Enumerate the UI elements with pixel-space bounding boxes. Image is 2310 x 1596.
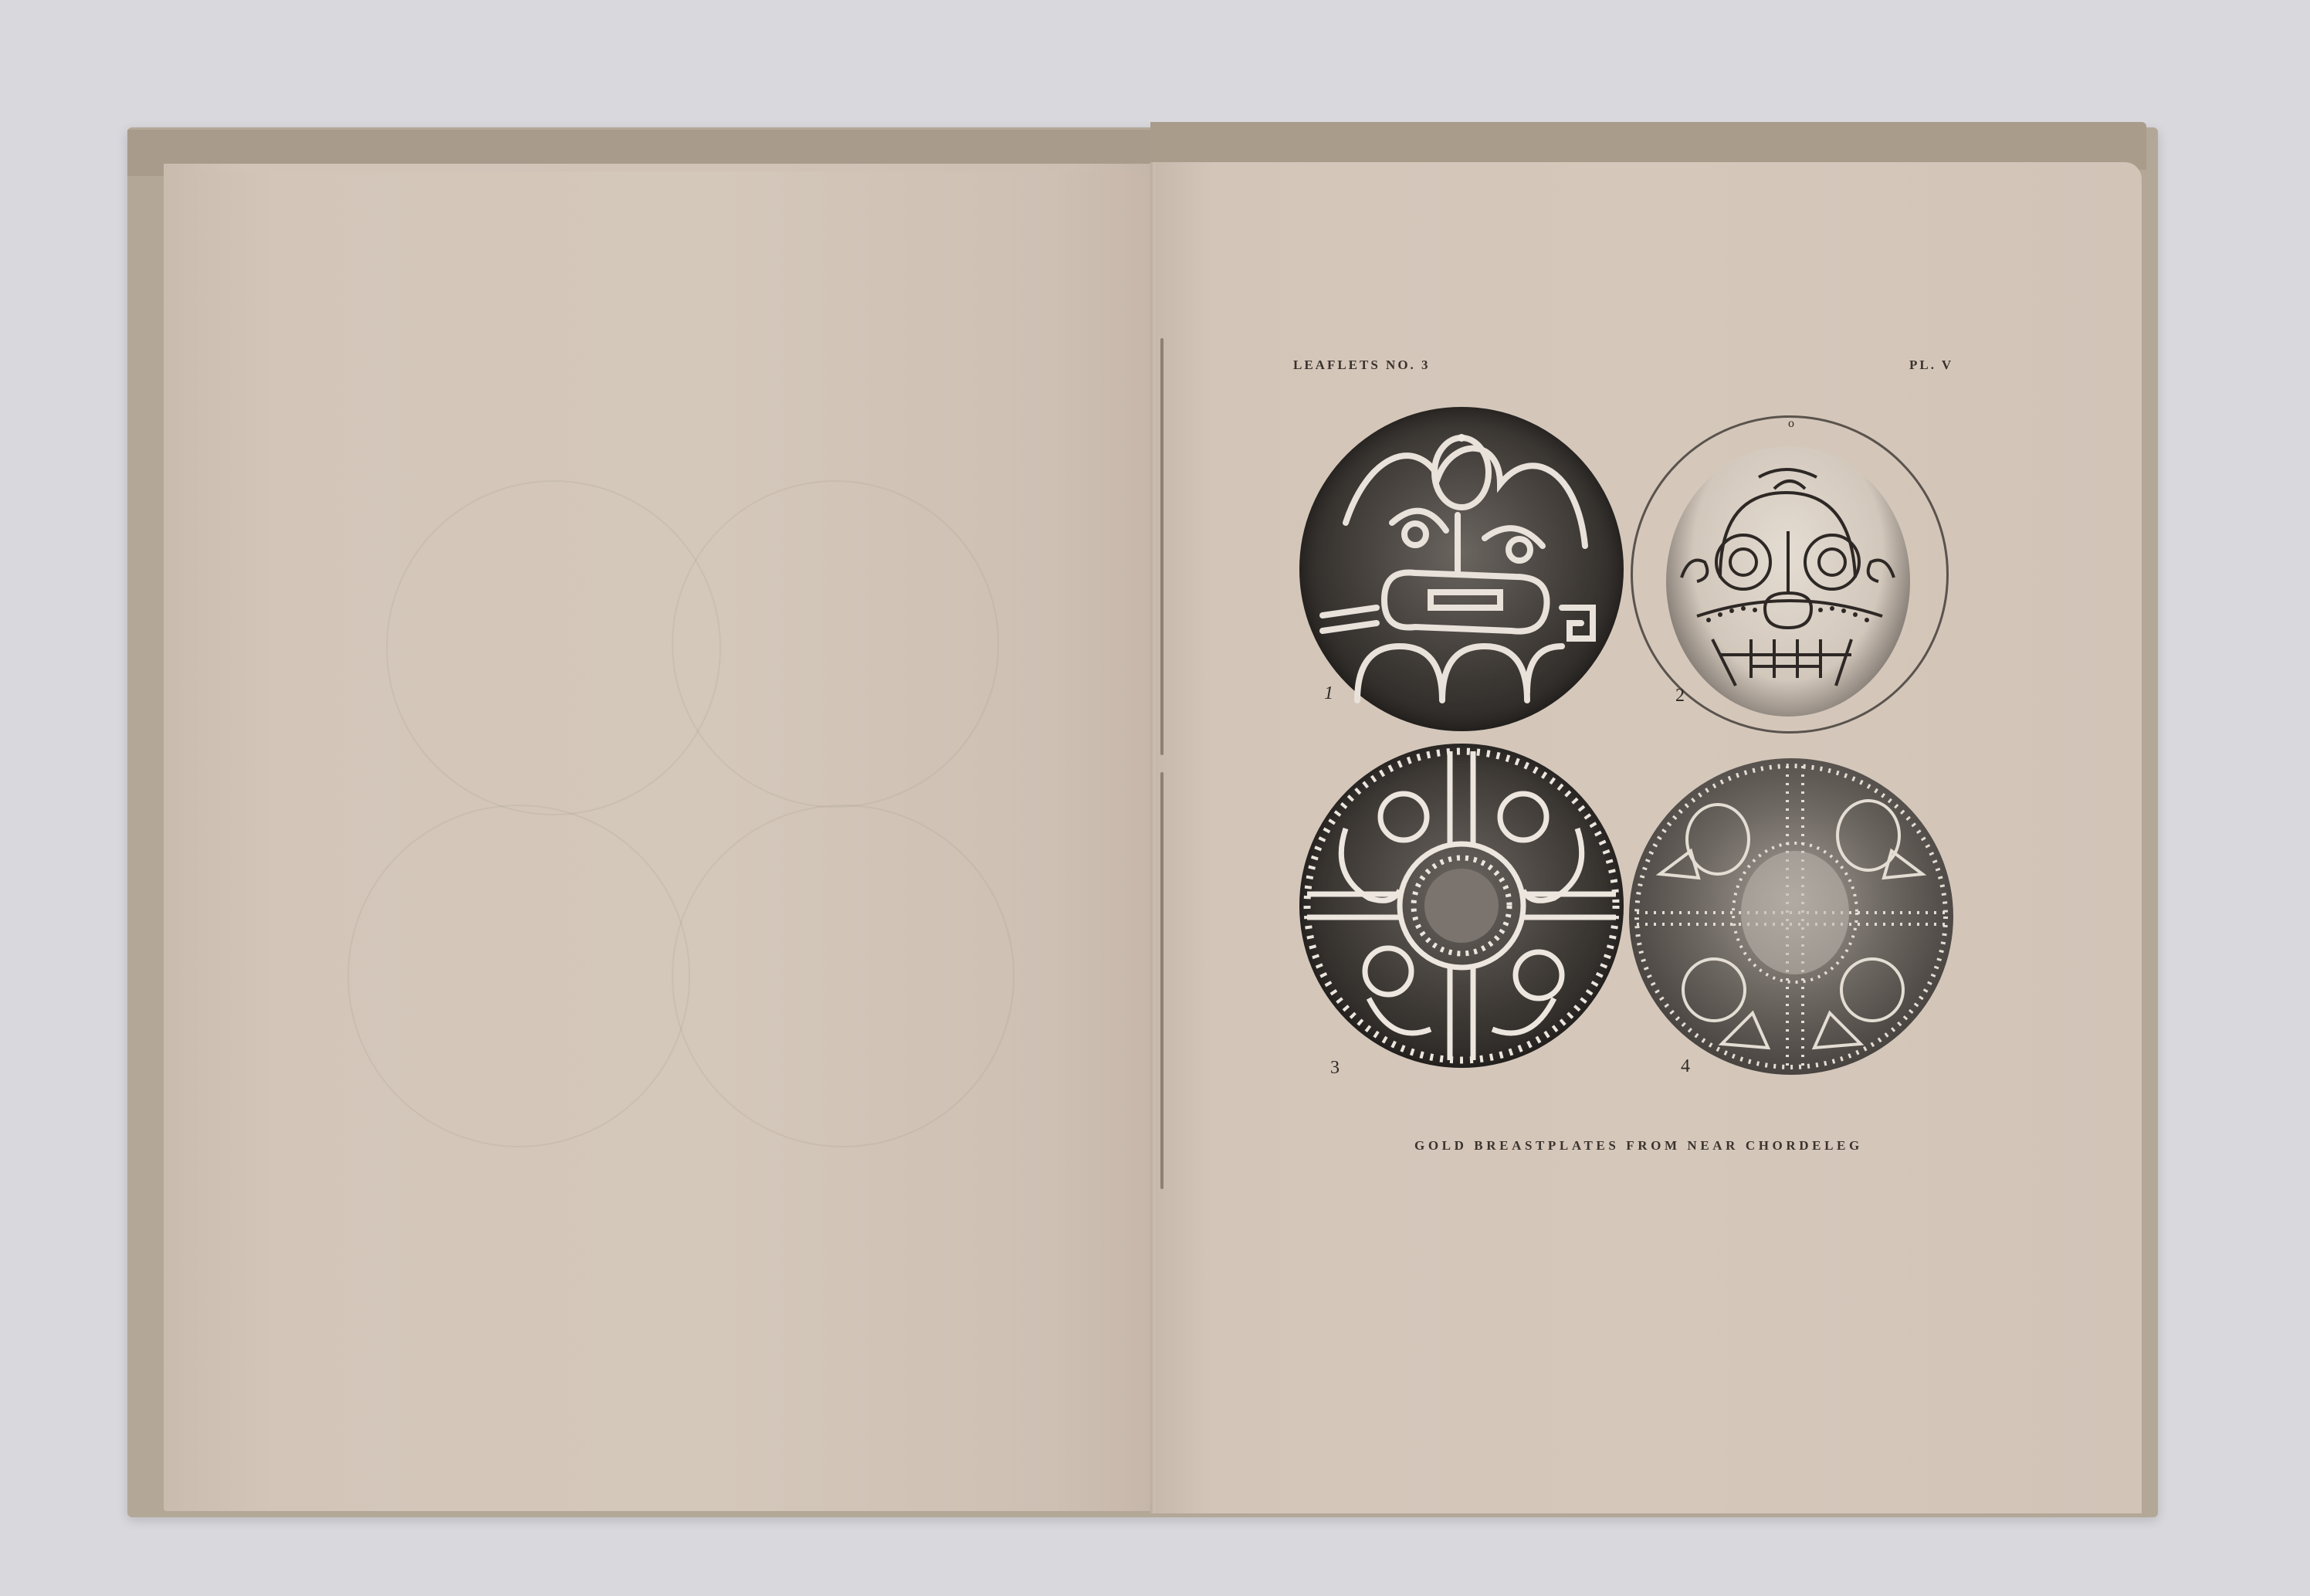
figure-number: 2 (1675, 686, 1685, 707)
breastplate-figure-2 (1666, 446, 1910, 717)
figure-number: 3 (1330, 1058, 1340, 1079)
face-motif-icon (1666, 446, 1910, 717)
bird-animal-motif-icon (1629, 758, 1953, 1075)
left-page (178, 171, 1149, 1511)
showthrough-circle (386, 480, 721, 815)
showthrough-circle (672, 805, 1014, 1147)
face-motif-icon (1299, 407, 1624, 731)
breastplate-figure-3 (1299, 744, 1624, 1068)
breastplate-figure-4 (1629, 758, 1953, 1075)
figure-number: 1 (1324, 683, 1333, 704)
figure-number: 4 (1681, 1056, 1690, 1077)
showthrough-circle (672, 480, 999, 808)
plate-caption: GOLD BREASTPLATES FROM NEAR CHORDELEG (1414, 1138, 1863, 1154)
figure-mark: o (1788, 417, 1794, 431)
binding-stitch (1160, 772, 1163, 1189)
running-header: LEAFLETS NO. 3 (1293, 357, 1431, 373)
gutter (1150, 162, 1155, 1513)
plate-number: PL. V (1909, 357, 1953, 373)
binding-stitch (1160, 338, 1163, 755)
breastplate-figure-1 (1299, 407, 1624, 731)
showthrough-circle (347, 805, 690, 1147)
quadrant-animal-motif-icon (1299, 744, 1624, 1068)
